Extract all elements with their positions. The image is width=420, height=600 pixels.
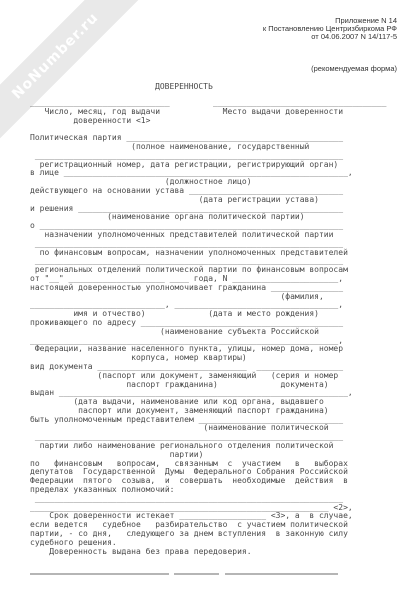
signature-line [30,573,169,575]
watermark-text: NoNumber.ru [9,10,102,103]
appendix-line-3: от 04.06.2007 N 14/117-5 [263,33,397,41]
signature-line [225,573,338,575]
recommended-form-note: (рекомендуемая форма) [311,64,397,73]
document-title: ДОВЕРЕННОСТЬ [155,82,213,91]
appendix-header: Приложение N 14 к Постановлению Центризб… [263,17,397,41]
signature-line [174,573,219,575]
signature-row [30,573,338,576]
document-body: _____________________________ __________… [30,99,386,556]
